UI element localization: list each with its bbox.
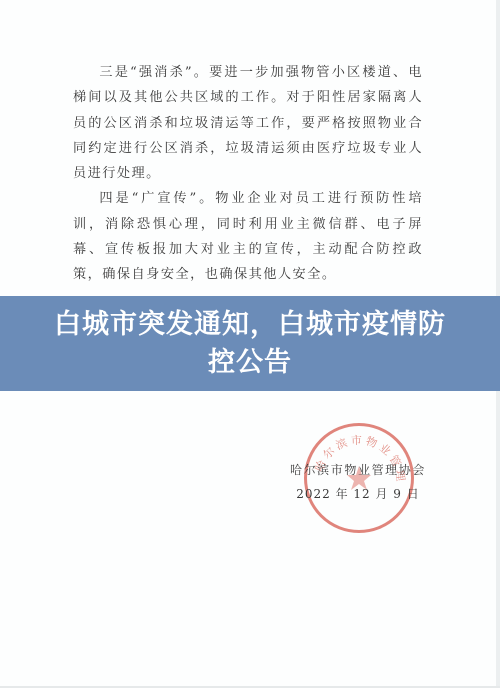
issuing-organization: 哈尔滨市物业管理协会 [283, 458, 433, 482]
signature-block: 哈尔滨市物业管理协会 2022 年 12 月 9 日 [283, 458, 433, 506]
banner-title: 白城市突发通知，白城市疫情防控公告 [50, 306, 450, 382]
issue-date: 2022 年 12 月 9 日 [283, 482, 433, 506]
paragraph-disinfection: 三是“强消杀”。要进一步加强物管小区楼道、电梯间以及其他公共区域的工作。对于阳性… [73, 60, 423, 186]
title-banner: 白城市突发通知，白城市疫情防控公告 [0, 296, 500, 391]
document-body: 三是“强消杀”。要进一步加强物管小区楼道、电梯间以及其他公共区域的工作。对于阳性… [73, 60, 423, 288]
paragraph-publicity: 四是“广宣传”。物业企业对员工进行预防性培训，消除恐惧心理，同时利用业主微信群、… [73, 186, 423, 287]
